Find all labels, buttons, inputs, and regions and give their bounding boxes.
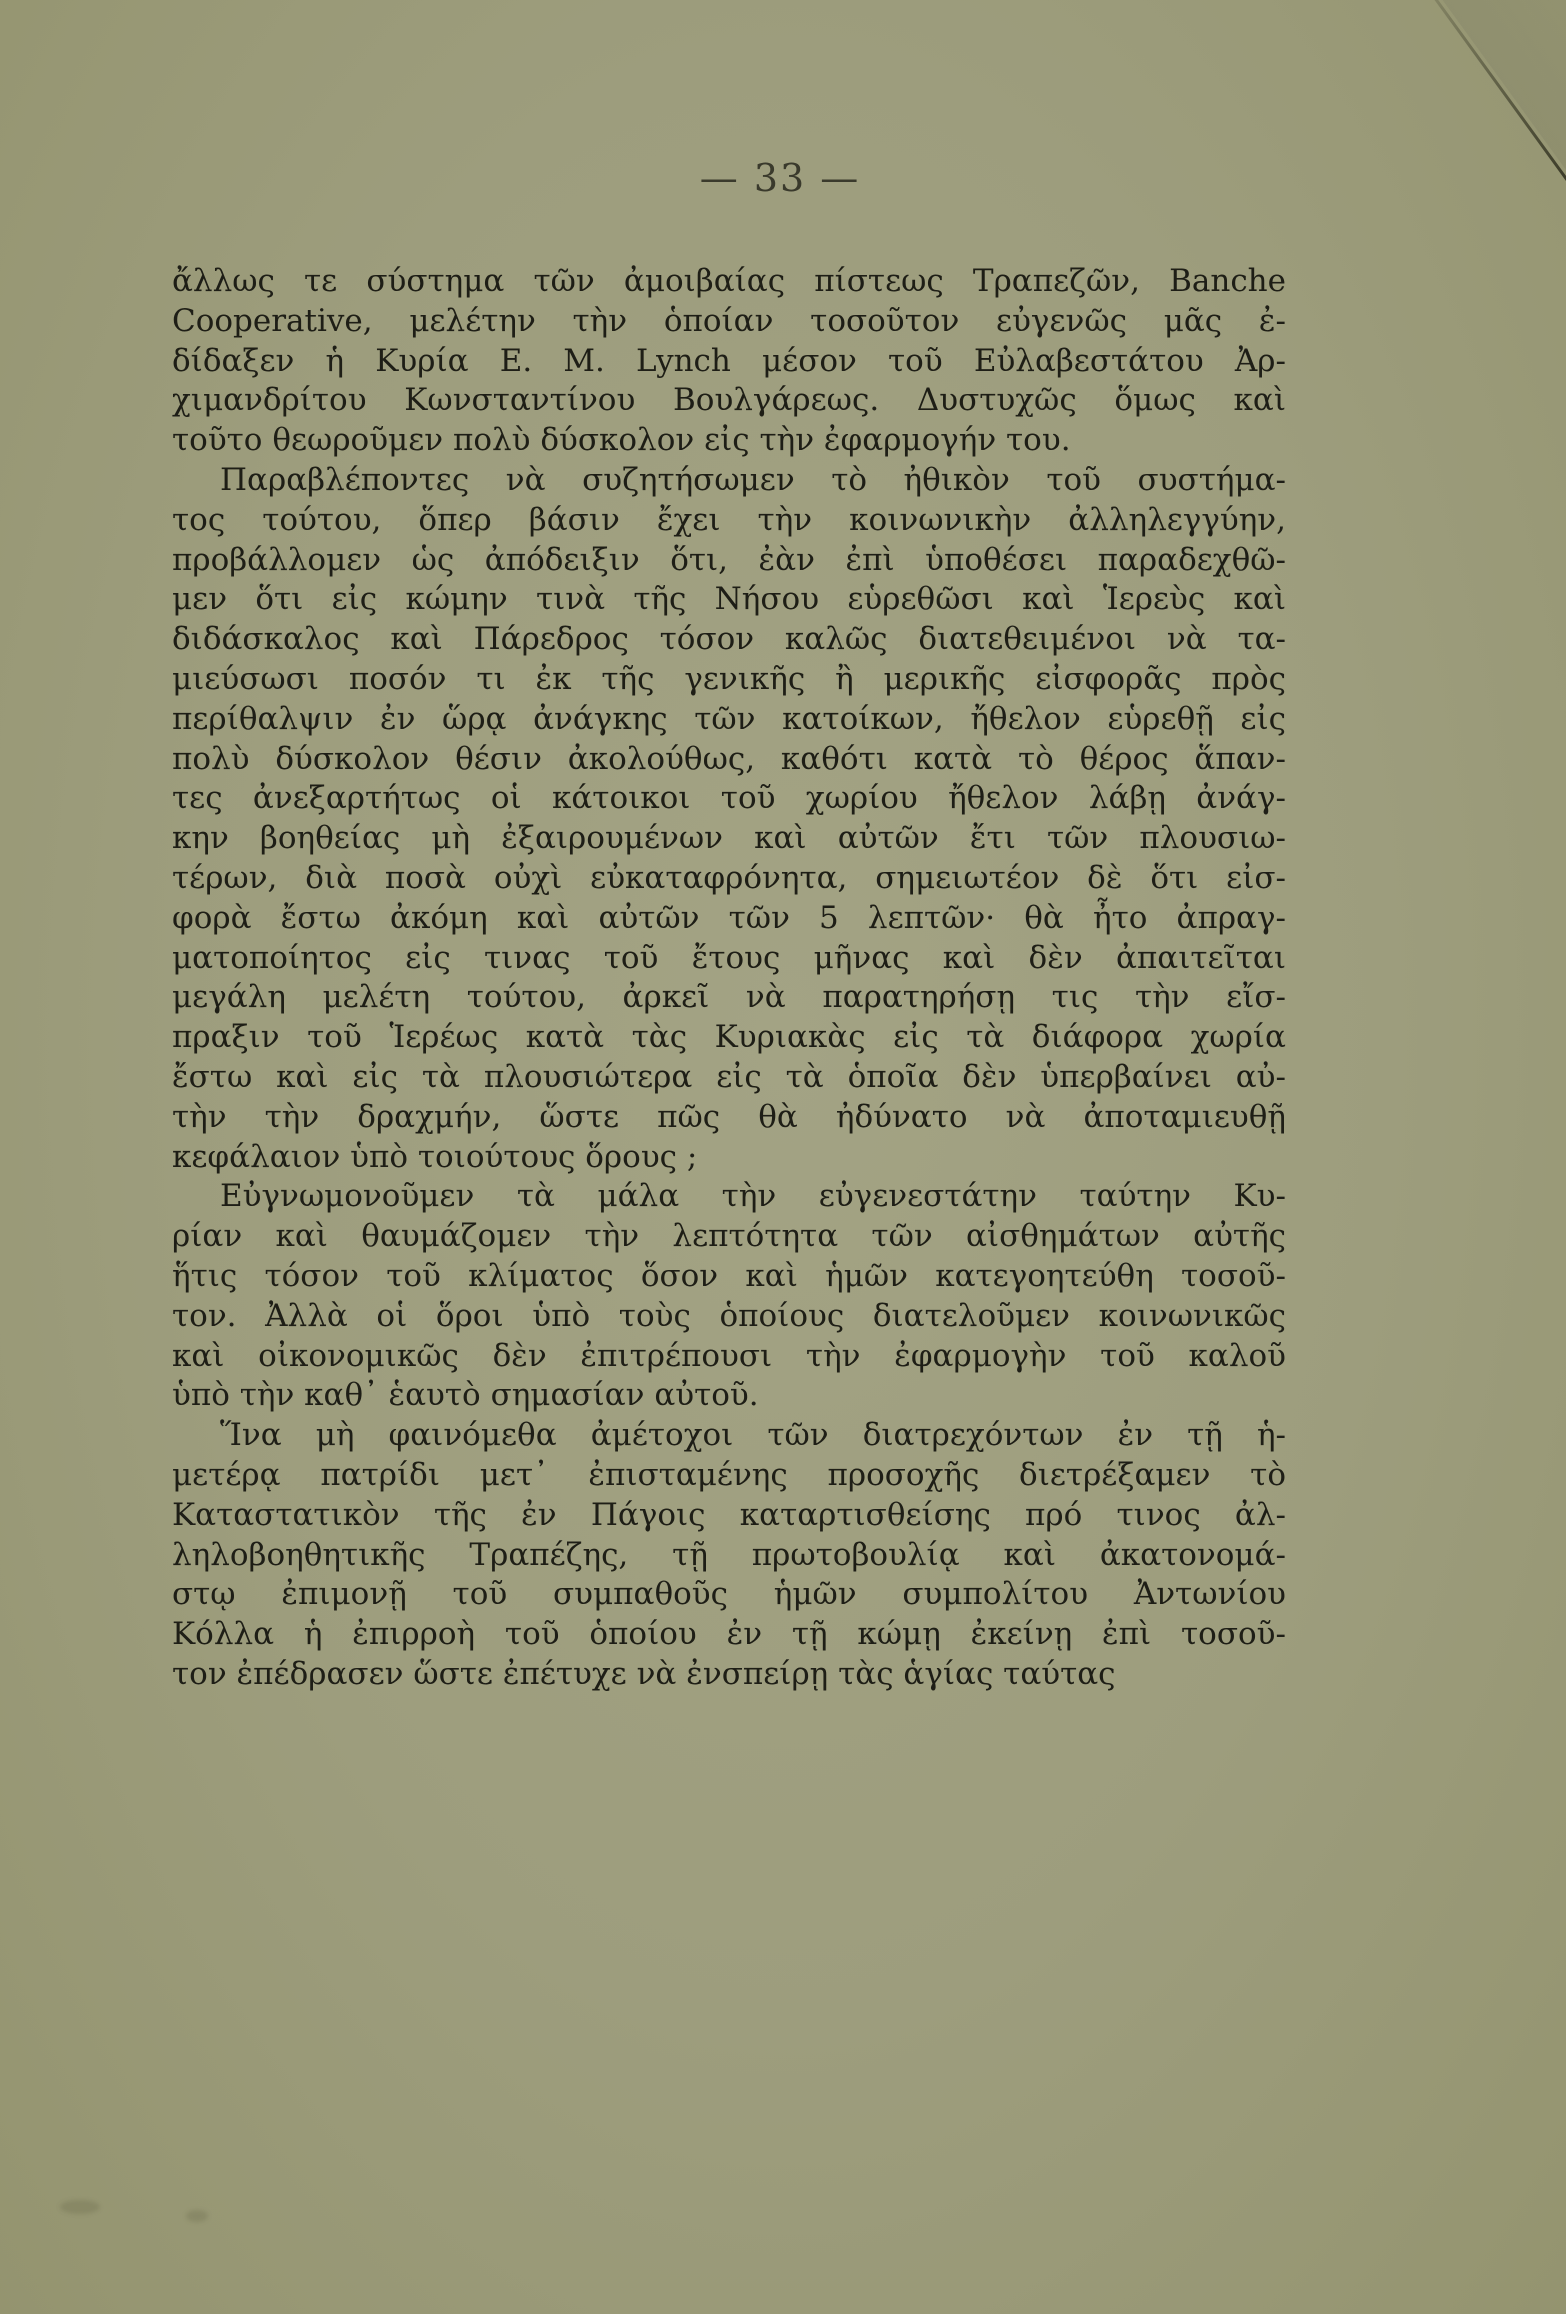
- paragraph: Παραβλέποντες νὰ συζητήσωμεν τὸ ἠθικὸν τ…: [172, 461, 1286, 1177]
- text-line: Εὐγνωμονοῦμεν τὰ μάλα τὴν εὐγενεστάτην τ…: [172, 1177, 1286, 1217]
- text-line: τον ἐπέδρασεν ὥστε ἐπέτυχε νὰ ἐνσπείρῃ τ…: [172, 1655, 1286, 1695]
- paragraph: ἄλλως τε σύστημα τῶν ἀμοιβαίας πίστεως Τ…: [172, 262, 1286, 461]
- text-line: Ἵνα μὴ φαινόμεθα ἀμέτοχοι τῶν διατρεχόντ…: [172, 1416, 1286, 1456]
- text-line: ἥτις τόσον τοῦ κλίματος ὅσον καὶ ἡμῶν κα…: [172, 1257, 1286, 1297]
- body-text: ἄλλως τε σύστημα τῶν ἀμοιβαίας πίστεως Τ…: [172, 262, 1286, 1695]
- text-line: τον. Ἀλλὰ οἱ ὅροι ὑπὸ τοὺς ὁποίους διατε…: [172, 1297, 1286, 1337]
- text-line: μεγάλη μελέτη τούτου, ἀρκεῖ νὰ παρατηρήσ…: [172, 978, 1286, 1018]
- text-line: πραξιν τοῦ Ἱερέως κατὰ τὰς Κυριακὰς εἰς …: [172, 1018, 1286, 1058]
- text-line: χιμανδρίτου Κωνσταντίνου Βουλγάρεως. Δυσ…: [172, 381, 1286, 421]
- text-line: διδάσκαλος καὶ Πάρεδρος τόσον καλῶς διατ…: [172, 620, 1286, 660]
- text-line: περίθαλψιν ἐν ὥρᾳ ἀνάγκης τῶν κατοίκων, …: [172, 700, 1286, 740]
- text-line: ρίαν καὶ θαυμάζομεν τὴν λεπτότητα τῶν αἰ…: [172, 1217, 1286, 1257]
- text-line: μεν ὅτι εἰς κώμην τινὰ τῆς Νήσου εὑρεθῶσ…: [172, 580, 1286, 620]
- text-line: τες ἀνεξαρτήτως οἱ κάτοικοι τοῦ χωρίου ἤ…: [172, 779, 1286, 819]
- text-line: κην βοηθείας μὴ ἐξαιρουμένων καὶ αὐτῶν ἔ…: [172, 819, 1286, 859]
- text-line: μιεύσωσι ποσόν τι ἐκ τῆς γενικῆς ἢ μερικ…: [172, 660, 1286, 700]
- text-line: τος τούτου, ὅπερ βάσιν ἔχει τὴν κοινωνικ…: [172, 501, 1286, 541]
- text-line: ματοποίητος εἰς τινας τοῦ ἔτους μῆνας κα…: [172, 939, 1286, 979]
- page-number: — 33 —: [680, 156, 880, 200]
- text-line: κεφάλαιον ὑπὸ τοιούτους ὅρους ;: [172, 1138, 1286, 1178]
- text-line: Κόλλα ἡ ἐπιρροὴ τοῦ ὁποίου ἐν τῇ κώμῃ ἐκ…: [172, 1615, 1286, 1655]
- text-line: προβάλλομεν ὡς ἀπόδειξιν ὅτι, ἐὰν ἐπὶ ὑπ…: [172, 541, 1286, 581]
- text-line: μετέρᾳ πατρίδι μετ᾽ ἐπισταμένης προσοχῆς…: [172, 1456, 1286, 1496]
- text-line: Παραβλέποντες νὰ συζητήσωμεν τὸ ἠθικὸν τ…: [172, 461, 1286, 501]
- page-fold-shadow: [1428, 0, 1566, 223]
- scanned-book-page: — 33 — ἄλλως τε σύστημα τῶν ἀμοιβαίας πί…: [0, 0, 1566, 2314]
- text-line: φορὰ ἔστω ἀκόμη καὶ αὐτῶν τῶν 5 λεπτῶν· …: [172, 899, 1286, 939]
- text-line: Cooperative, μελέτην τὴν ὁποίαν τοσοῦτον…: [172, 302, 1286, 342]
- text-line: καὶ οἰκονομικῶς δὲν ἐπιτρέπουσι τὴν ἐφαρ…: [172, 1337, 1286, 1377]
- text-line: ἄλλως τε σύστημα τῶν ἀμοιβαίας πίστεως Τ…: [172, 262, 1286, 302]
- paper-stain: [186, 2210, 208, 2222]
- text-line: τέρων, διὰ ποσὰ οὐχὶ εὐκαταφρόνητα, σημε…: [172, 859, 1286, 899]
- text-line: τὴν τὴν δραχμήν, ὥστε πῶς θὰ ἠδύνατο νὰ …: [172, 1098, 1286, 1138]
- text-line: ἔστω καὶ εἰς τὰ πλουσιώτερα εἰς τὰ ὁποῖα…: [172, 1058, 1286, 1098]
- paper-stain: [60, 2200, 100, 2214]
- text-line: πολὺ δύσκολον θέσιν ἀκολούθως, καθότι κα…: [172, 740, 1286, 780]
- text-line: ληλοβοηθητικῆς Τραπέζης, τῇ πρωτοβουλίᾳ …: [172, 1536, 1286, 1576]
- paragraph: Ἵνα μὴ φαινόμεθα ἀμέτοχοι τῶν διατρεχόντ…: [172, 1416, 1286, 1695]
- text-line: τοῦτο θεωροῦμεν πολὺ δύσκολον εἰς τὴν ἐφ…: [172, 421, 1286, 461]
- text-line: δίδαξεν ἡ Κυρία E. M. Lynch μέσον τοῦ Εὐ…: [172, 342, 1286, 382]
- text-line: Καταστατικὸν τῆς ἐν Πάγοις καταρτισθείση…: [172, 1496, 1286, 1536]
- text-line: στῳ ἐπιμονῇ τοῦ συμπαθοῦς ἡμῶν συμπολίτο…: [172, 1575, 1286, 1615]
- paragraph: Εὐγνωμονοῦμεν τὰ μάλα τὴν εὐγενεστάτην τ…: [172, 1177, 1286, 1416]
- text-line: ὑπὸ τὴν καθ᾽ ἑαυτὸ σημασίαν αὐτοῦ.: [172, 1376, 1286, 1416]
